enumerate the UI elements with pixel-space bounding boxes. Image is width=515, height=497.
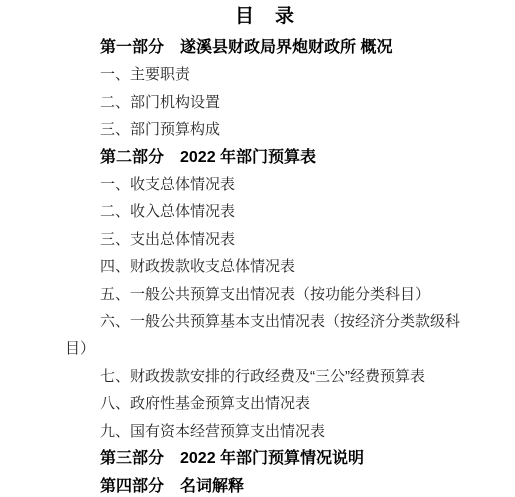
toc-section-heading: 第二部分 2022 年部门预算表 xyxy=(65,144,465,171)
toc-entry: 五、一般公共预算支出情况表（按功能分类科目） xyxy=(65,281,465,308)
toc-entry: 三、部门预算构成 xyxy=(65,116,465,143)
document-page: 目 录 第一部分 遂溪县财政局界炮财政所 概况一、主要职责二、部门机构设置三、部… xyxy=(0,0,515,497)
toc-entry: 七、财政拨款安排的行政经费及“三公”经费预算表 xyxy=(65,363,465,390)
toc-entry: 三、支出总体情况表 xyxy=(65,226,465,253)
toc-section-heading: 第四部分 名词解释 xyxy=(65,473,465,497)
toc-entry: 二、部门机构设置 xyxy=(65,89,465,116)
toc-entry: 六、一般公共预算基本支出情况表（按经济分类款级科目） xyxy=(65,308,465,363)
page-title: 目 录 xyxy=(65,2,465,32)
toc-entry: 四、财政拨款收支总体情况表 xyxy=(65,253,465,280)
toc-entry: 九、国有资本经营预算支出情况表 xyxy=(65,418,465,445)
toc-entry: 一、收支总体情况表 xyxy=(65,171,465,198)
toc-list: 第一部分 遂溪县财政局界炮财政所 概况一、主要职责二、部门机构设置三、部门预算构… xyxy=(65,34,465,497)
toc-entry: 八、政府性基金预算支出情况表 xyxy=(65,390,465,417)
toc-entry: 二、收入总体情况表 xyxy=(65,198,465,225)
toc-section-heading: 第一部分 遂溪县财政局界炮财政所 概况 xyxy=(65,34,465,61)
toc-entry: 一、主要职责 xyxy=(65,61,465,88)
toc-section-heading: 第三部分 2022 年部门预算情况说明 xyxy=(65,445,465,472)
